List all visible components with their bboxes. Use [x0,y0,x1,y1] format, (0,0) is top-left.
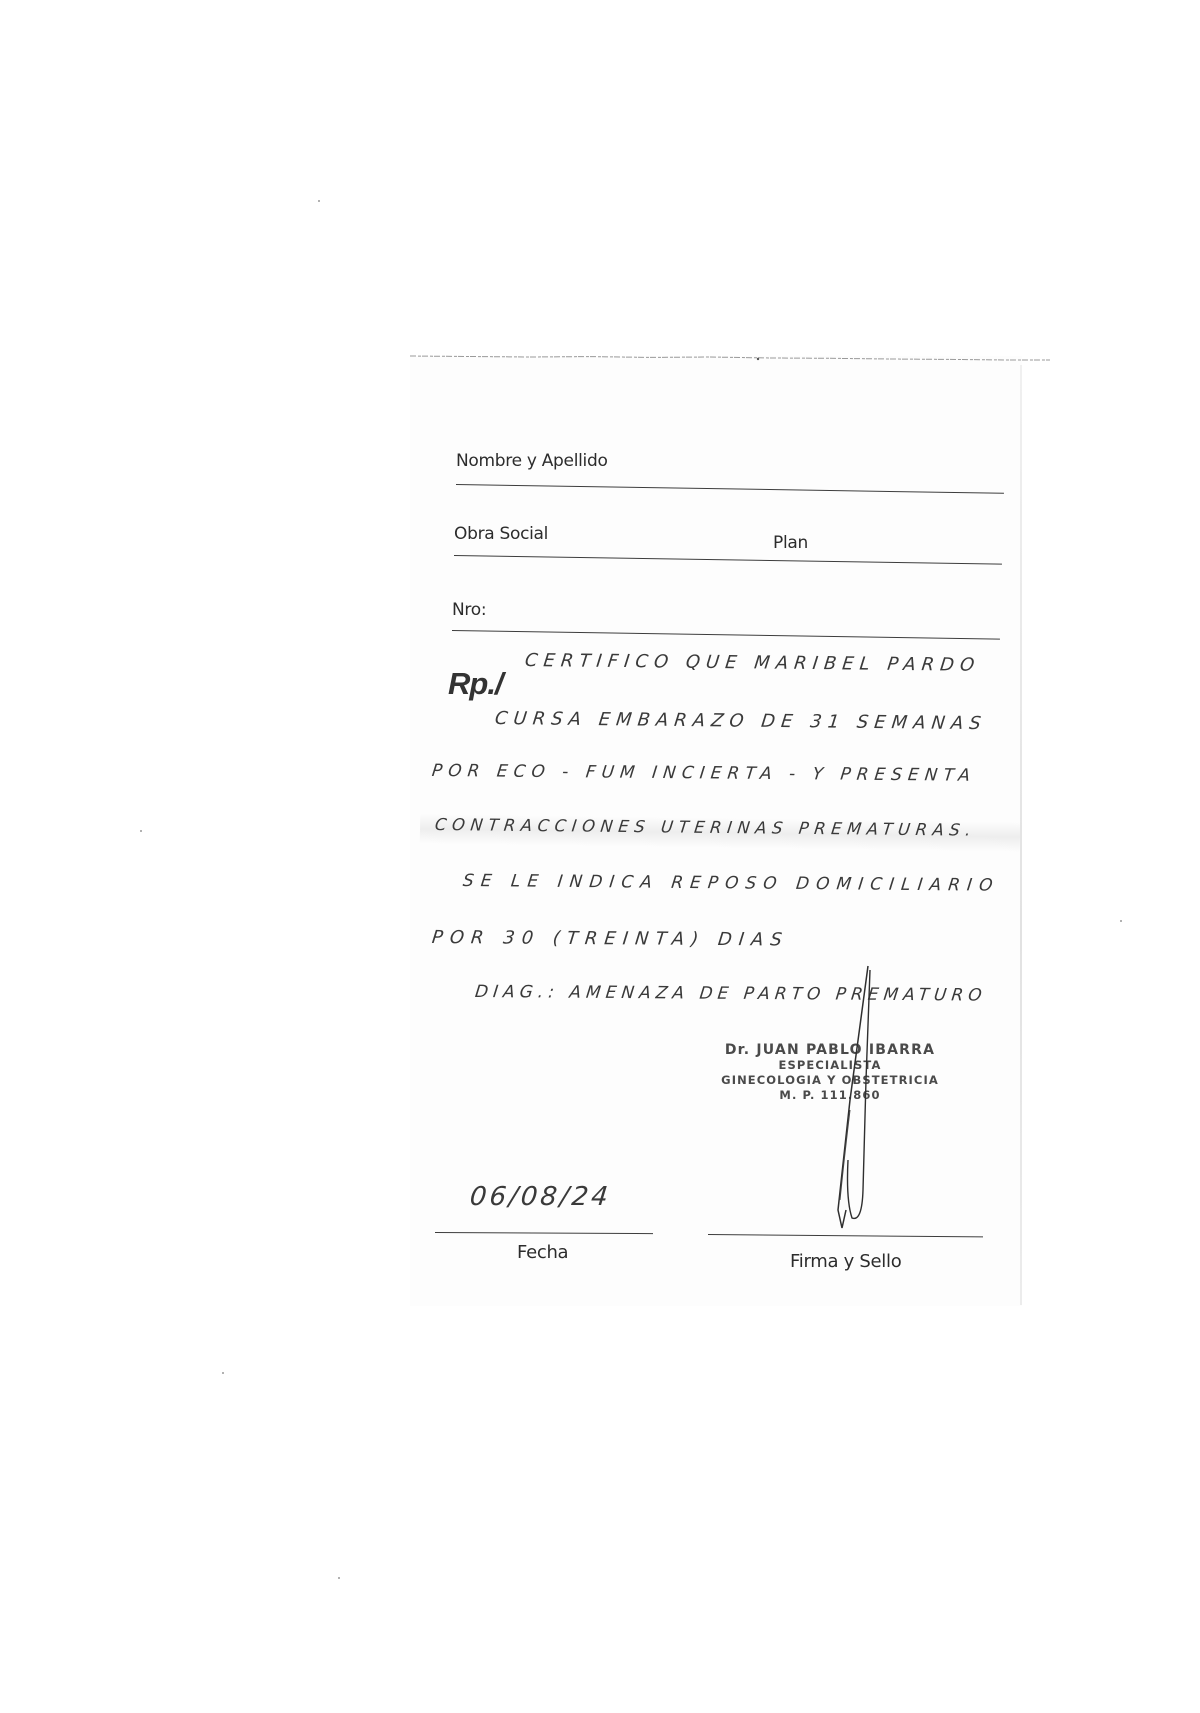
torn-top-edge [410,354,1050,362]
scan-speck [140,830,142,832]
signature-label: Firma y Sello [790,1251,901,1272]
handwritten-line: POR 30 (TREINTA) DIAS [431,927,790,950]
date-label: Fecha [517,1242,568,1263]
insurance-field-label: Obra Social [454,524,548,544]
scan-speck [222,1372,224,1374]
handwritten-date: 06/08/24 [468,1182,612,1212]
rx-symbol: Rp./ [448,666,503,702]
paper-edge [1020,365,1022,1305]
plan-field-label: Plan [773,533,808,553]
number-field-label: Nro: [452,600,486,620]
signature-mark [780,960,900,1230]
scan-speck [1120,920,1122,922]
scan-speck [318,200,320,202]
handwritten-line: DIAG.: AMENAZA DE PARTO PREMATURO [474,982,988,1006]
scan-speck [338,1577,340,1579]
name-field-label: Nombre y Apellido [456,451,608,471]
